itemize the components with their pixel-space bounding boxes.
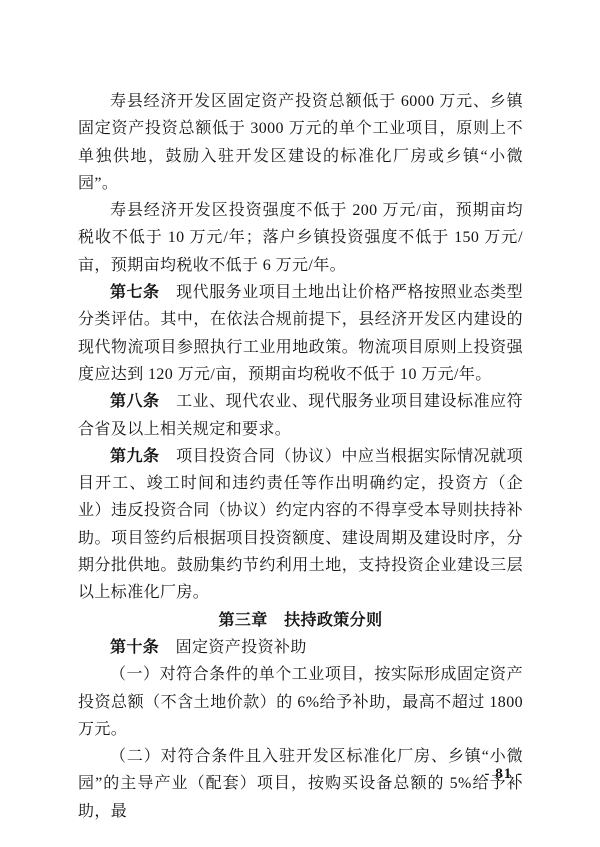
paragraph: 寿县经济开发区固定资产投资总额低于 6000 万元、乡镇固定资产投资总额低于 3… bbox=[78, 88, 523, 197]
paragraph: 第十条 固定资产投资补助 bbox=[78, 634, 523, 661]
paragraph-text: 项目投资合同（协议）中应当根据实际情况就项目开工、竣工时间和违约责任等作出明确约… bbox=[78, 448, 523, 601]
page-number: - 81 - bbox=[485, 766, 524, 783]
paragraph: 第九条 项目投资合同（协议）中应当根据实际情况就项目开工、竣工时间和违约责任等作… bbox=[78, 443, 523, 607]
paragraph-text: 寿县经济开发区投资强度不低于 200 万元/亩，预期亩均税收不低于 10 万元/… bbox=[78, 202, 523, 274]
document-body: 寿县经济开发区固定资产投资总额低于 6000 万元、乡镇固定资产投资总额低于 3… bbox=[78, 88, 523, 825]
article-number: 第八条 bbox=[110, 393, 160, 410]
chapter-heading: 第三章 扶持政策分则 bbox=[78, 607, 523, 634]
paragraph-text: 寿县经济开发区固定资产投资总额低于 6000 万元、乡镇固定资产投资总额低于 3… bbox=[78, 93, 523, 192]
article-number: 第十条 bbox=[110, 639, 159, 656]
paragraph: （二）对符合条件且入驻开发区标准化厂房、乡镇“小微园”的主导产业（配套）项目，按… bbox=[78, 743, 523, 825]
document-page: 寿县经济开发区固定资产投资总额低于 6000 万元、乡镇固定资产投资总额低于 3… bbox=[0, 0, 600, 847]
paragraph-text: （一）对符合条件的单个工业项目，按实际形成固定资产投资总额（不含土地价款）的 6… bbox=[78, 666, 523, 738]
chapter-heading-text: 第三章 扶持政策分则 bbox=[218, 612, 382, 629]
paragraph-text: （二）对符合条件且入驻开发区标准化厂房、乡镇“小微园”的主导产业（配套）项目，按… bbox=[78, 748, 523, 820]
article-number: 第九条 bbox=[110, 448, 160, 465]
paragraph-text: 固定资产投资补助 bbox=[159, 639, 307, 656]
paragraph: 第八条 工业、现代农业、现代服务业项目建设标准应符合省及以上相关规定和要求。 bbox=[78, 388, 523, 443]
article-number: 第七条 bbox=[110, 284, 160, 301]
paragraph: （一）对符合条件的单个工业项目，按实际形成固定资产投资总额（不含土地价款）的 6… bbox=[78, 661, 523, 743]
paragraph: 寿县经济开发区投资强度不低于 200 万元/亩，预期亩均税收不低于 10 万元/… bbox=[78, 197, 523, 279]
paragraph: 第七条 现代服务业项目土地出让价格严格按照业态类型分类评估。其中，在依法合规前提… bbox=[78, 279, 523, 388]
